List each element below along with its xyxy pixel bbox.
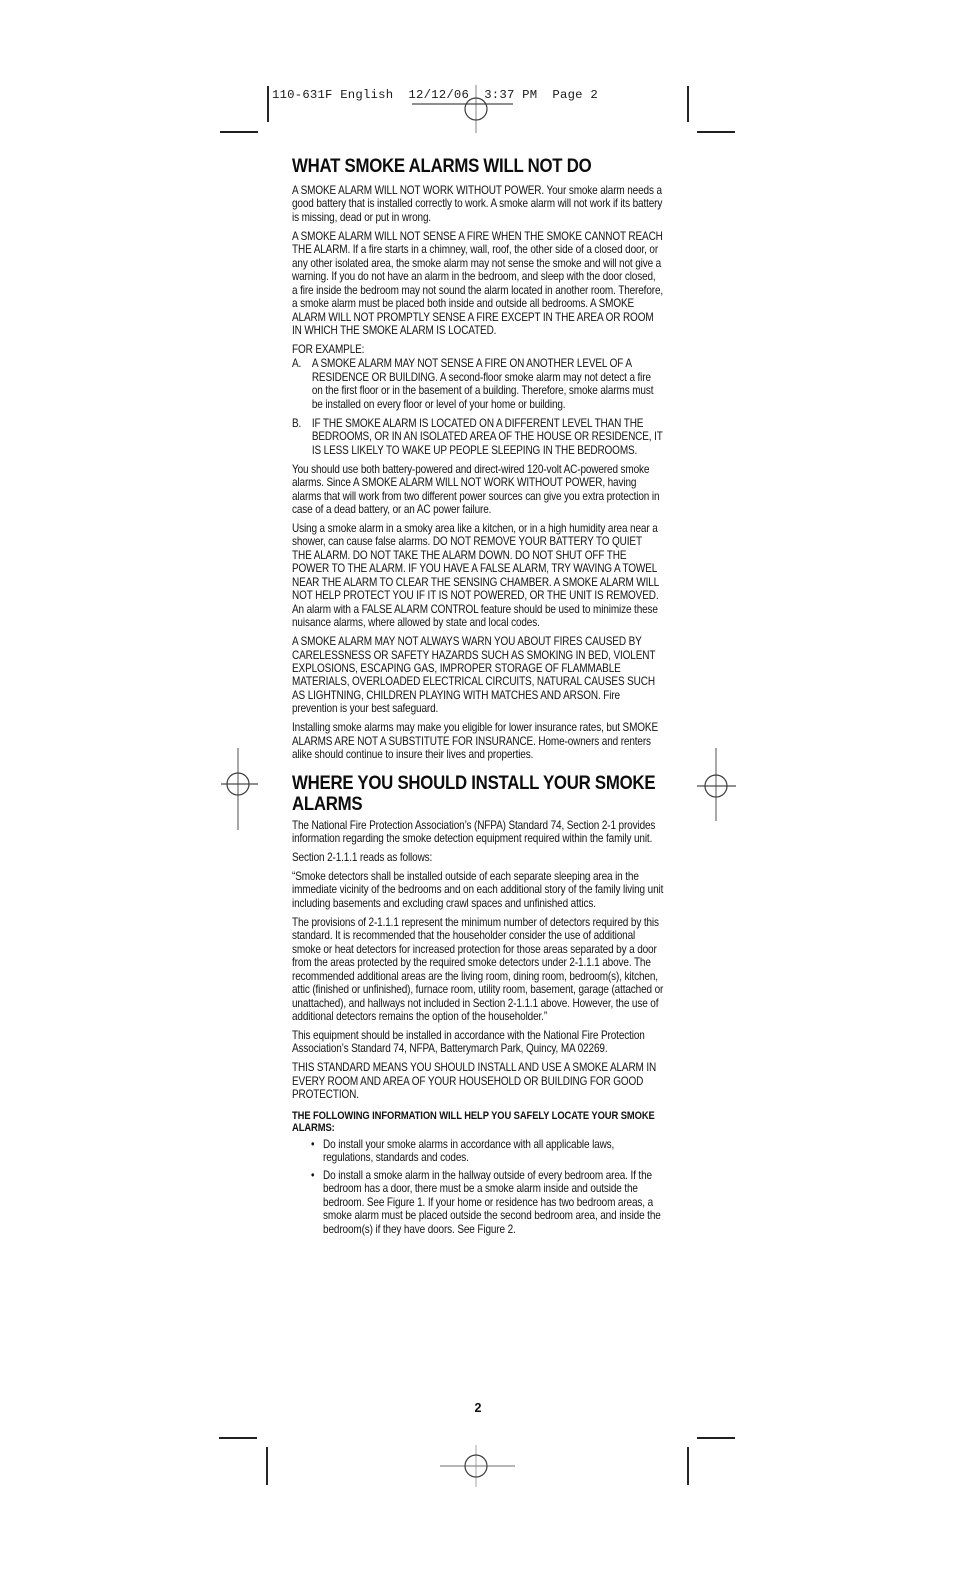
page-imprint: 110-631F English 12/12/06 3:37 PM Page 2 <box>272 88 598 103</box>
para-no-sense: A SMOKE ALARM WILL NOT SENSE A FIRE WHEN… <box>292 230 664 338</box>
crop-mark-bottom-left <box>219 1438 267 1485</box>
example-item-b: B. IF THE SMOKE ALARM IS LOCATED ON A DI… <box>292 417 664 457</box>
para-section-reads: Section 2-1.1.1 reads as follows: <box>292 851 664 864</box>
crop-mark-top-left <box>220 86 268 132</box>
para-insurance: Installing smoke alarms may make you eli… <box>292 721 664 761</box>
page-number: 2 <box>268 1401 688 1415</box>
para-nfpa-quote: “Smoke detectors shall be installed outs… <box>292 870 664 910</box>
para-nfpa-standard: The National Fire Protection Association… <box>292 819 664 846</box>
registration-mark-left <box>221 748 258 830</box>
manual-page: { "header": { "imprint": "110-631F Engli… <box>0 0 954 1572</box>
locate-info-heading: THE FOLLOWING INFORMATION WILL HELP YOU … <box>292 1110 664 1135</box>
heading-what-smoke-alarms-will-not-do: WHAT SMOKE ALARMS WILL NOT DO <box>292 156 664 177</box>
para-provisions: The provisions of 2-1.1.1 represent the … <box>292 916 664 1024</box>
example-item-b-label: B. <box>292 417 312 457</box>
para-standard-means: THIS STANDARD MEANS YOU SHOULD INSTALL A… <box>292 1061 664 1101</box>
heading-where-to-install: WHERE YOU SHOULD INSTALL YOUR SMOKE ALAR… <box>292 773 664 815</box>
para-no-power: A SMOKE ALARM WILL NOT WORK WITHOUT POWE… <box>292 184 664 224</box>
bullet-item-hallway: • Do install a smoke alarm in the hallwa… <box>292 1169 664 1236</box>
crop-mark-bottom-right <box>688 1438 735 1485</box>
for-example-label: FOR EXAMPLE: <box>292 343 664 356</box>
page-content: WHAT SMOKE ALARMS WILL NOT DO A SMOKE AL… <box>292 156 664 1240</box>
registration-mark-right <box>697 748 736 821</box>
example-item-a-label: A. <box>292 357 312 411</box>
example-item-b-text: IF THE SMOKE ALARM IS LOCATED ON A DIFFE… <box>312 417 664 457</box>
bullet-item-laws: • Do install your smoke alarms in accord… <box>292 1138 664 1165</box>
para-fires-caused: A SMOKE ALARM MAY NOT ALWAYS WARN YOU AB… <box>292 635 664 716</box>
registration-mark-bottom <box>440 1445 515 1487</box>
example-item-a-text: A SMOKE ALARM MAY NOT SENSE A FIRE ON AN… <box>312 357 664 411</box>
bullet-icon: • <box>311 1169 323 1236</box>
para-equipment: This equipment should be installed in ac… <box>292 1029 664 1056</box>
bullet-item-hallway-text: Do install a smoke alarm in the hallway … <box>323 1169 663 1236</box>
para-power-sources: You should use both battery-powered and … <box>292 463 664 517</box>
example-item-a: A. A SMOKE ALARM MAY NOT SENSE A FIRE ON… <box>292 357 664 411</box>
para-false-alarms: Using a smoke alarm in a smoky area like… <box>292 522 664 630</box>
bullet-item-laws-text: Do install your smoke alarms in accordan… <box>323 1138 663 1165</box>
crop-mark-top-right <box>688 86 735 132</box>
bullet-icon: • <box>311 1138 323 1165</box>
